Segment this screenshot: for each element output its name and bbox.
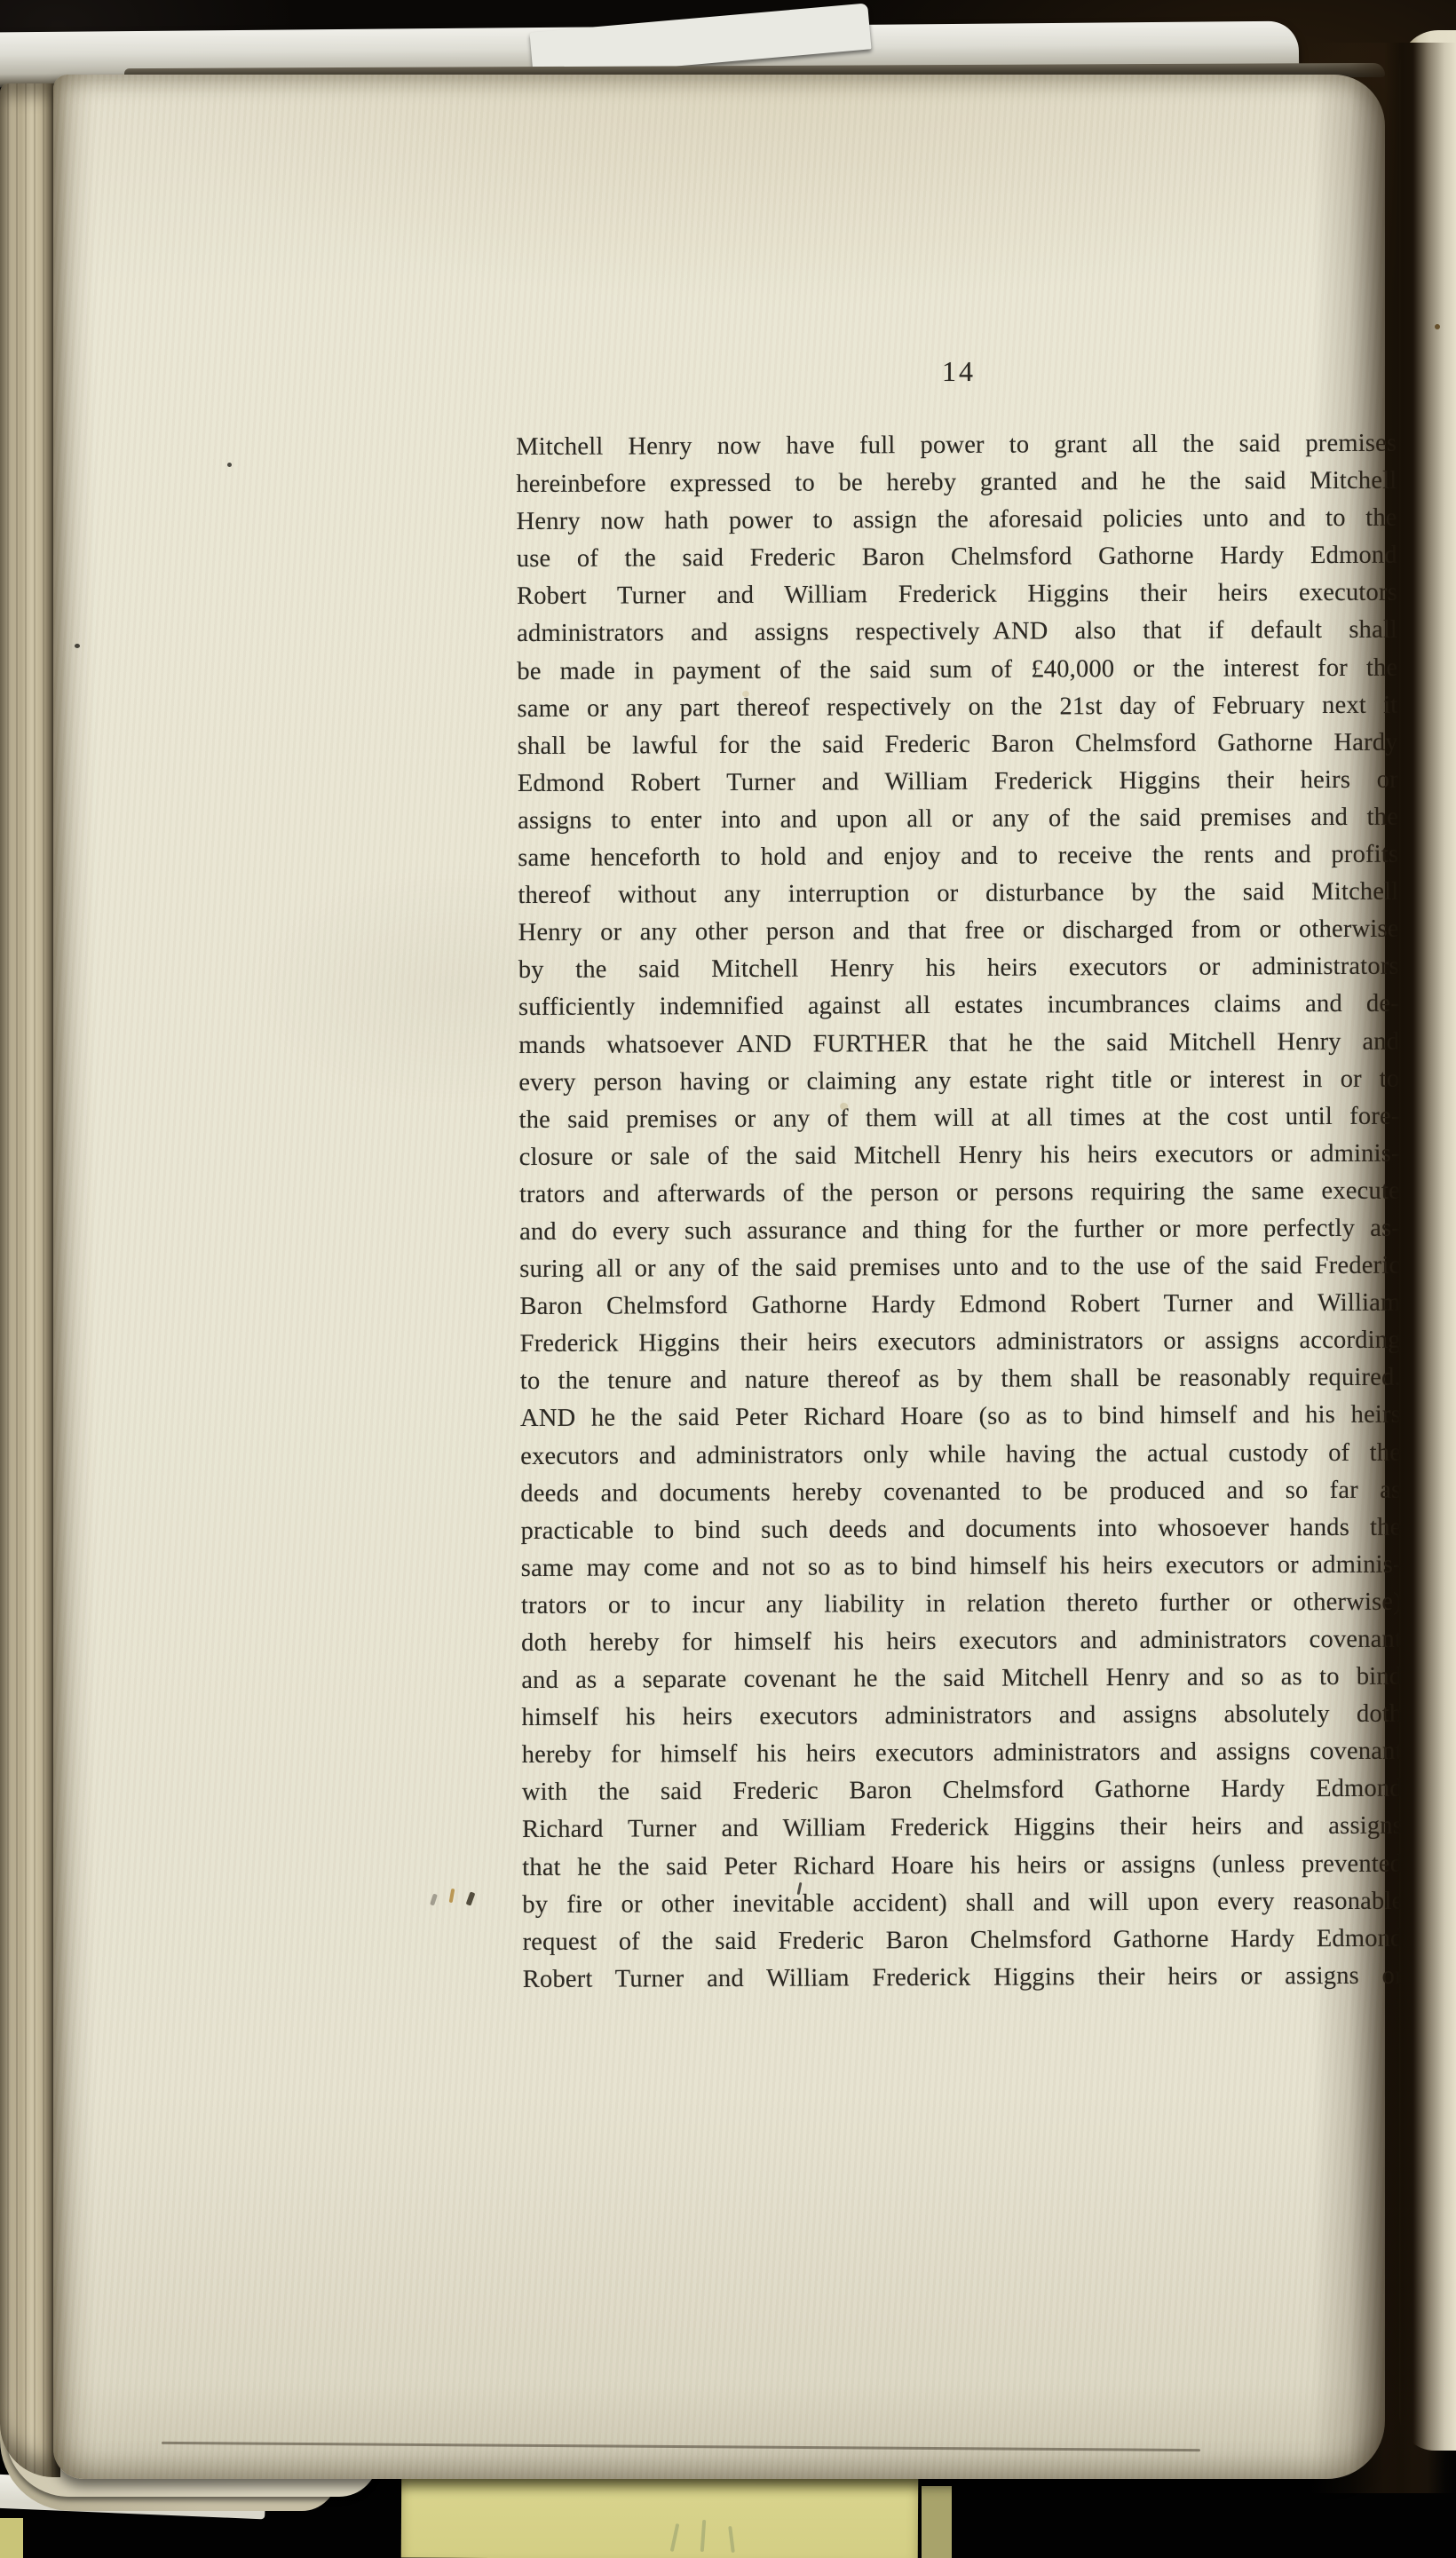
yellow-paper-tab-small bbox=[922, 2486, 952, 2558]
text-line: hereby for himself his heirs executors a… bbox=[522, 1733, 1403, 1774]
text-line: that he the said Peter Richard Hoare his… bbox=[522, 1845, 1403, 1886]
text-line: Mitchell Henry now have full power to gr… bbox=[516, 425, 1397, 466]
text-line: Robert Turner and William Frederick Higg… bbox=[517, 574, 1397, 615]
text-line: doth hereby for himself his heirs execut… bbox=[521, 1621, 1402, 1662]
text-line: AND he the said Peter Richard Hoare (so … bbox=[520, 1397, 1401, 1437]
text-line: deeds and documents hereby covenanted to… bbox=[520, 1471, 1401, 1512]
text-line: assigns to enter into and upon all or an… bbox=[518, 799, 1398, 840]
text-line: same or any part thereof respectively on… bbox=[517, 686, 1397, 727]
text-line: sufficiently indemnified against all est… bbox=[518, 986, 1399, 1026]
text-line: Richard Turner and William Frederick Hig… bbox=[522, 1808, 1403, 1849]
text-line: use of the said Frederic Baron Chelmsfor… bbox=[517, 537, 1397, 578]
dust-speck bbox=[75, 644, 80, 648]
foxing-spot bbox=[840, 1103, 848, 1110]
text-line: hereinbefore expressed to be hereby gran… bbox=[516, 463, 1397, 503]
text-line: Henry or any other person and that free … bbox=[518, 911, 1399, 952]
text-line: be made in payment of the said sum of £4… bbox=[517, 649, 1397, 690]
facing-page-edge bbox=[1399, 30, 1456, 2451]
page-number: 14 bbox=[519, 355, 1398, 388]
text-line: request of the said Frederic Baron Chelm… bbox=[522, 1920, 1403, 1960]
dust-speck bbox=[1435, 324, 1440, 329]
text-line: Henry now hath power to assign the afore… bbox=[517, 500, 1397, 541]
foxing-spot bbox=[742, 691, 749, 697]
text-line: shall be lawful for the said Frederic Ba… bbox=[518, 724, 1398, 764]
text-line: suring all or any of the said premises u… bbox=[519, 1247, 1400, 1288]
text-line: same henceforth to hold and enjoy and to… bbox=[518, 836, 1398, 877]
text-line: and do every such assurance and thing fo… bbox=[519, 1210, 1400, 1251]
text-line: trators and afterwards of the person or … bbox=[519, 1173, 1400, 1214]
text-line: administrators and assigns respectively … bbox=[517, 612, 1397, 653]
text-line: the said premises or any of them will at… bbox=[518, 1097, 1399, 1138]
text-line: Robert Turner and William Frederick Higg… bbox=[523, 1958, 1404, 1999]
text-line: Baron Chelmsford Gathorne Hardy Edmond R… bbox=[519, 1285, 1400, 1326]
text-line: thereof without any interruption or dist… bbox=[518, 874, 1398, 915]
text-line: same may come and not so as to bind hims… bbox=[521, 1546, 1402, 1587]
text-line: himself his heirs executors administrato… bbox=[521, 1696, 1402, 1737]
book-scan-page: 14 Mitchell Henry now have full power to… bbox=[0, 0, 1456, 2558]
text-line: Edmond Robert Turner and William Frederi… bbox=[518, 762, 1398, 803]
text-line: to the tenure and nature thereof as by t… bbox=[520, 1359, 1401, 1400]
dust-speck bbox=[227, 463, 232, 467]
text-line: by fire or other inevitable accident) sh… bbox=[522, 1882, 1403, 1923]
yellow-paper-tab bbox=[401, 2472, 918, 2558]
corner-yellow-paper bbox=[0, 2518, 23, 2558]
text-line: with the said Frederic Baron Chelmsford … bbox=[522, 1770, 1403, 1811]
text-line: closure or sale of the said Mitchell Hen… bbox=[519, 1135, 1400, 1176]
text-line: practicable to bind such deeds and docum… bbox=[520, 1509, 1401, 1549]
left-page-edges bbox=[0, 83, 60, 2477]
text-line: mands whatsoever AND FURTHER that he the… bbox=[518, 1023, 1399, 1064]
text-line: by the said Mitchell Henry his heirs exe… bbox=[518, 948, 1399, 989]
text-line: executors and administrators only while … bbox=[520, 1434, 1401, 1475]
text-line: Frederick Higgins their heirs executors … bbox=[520, 1322, 1401, 1363]
body-text: Mitchell Henry now have full power to gr… bbox=[516, 425, 1404, 1999]
text-line: every person having or claiming any esta… bbox=[518, 1060, 1399, 1101]
text-line: and as a separate covenant he the said M… bbox=[521, 1659, 1402, 1699]
text-line: trators or to incur any liability in rel… bbox=[521, 1584, 1402, 1625]
